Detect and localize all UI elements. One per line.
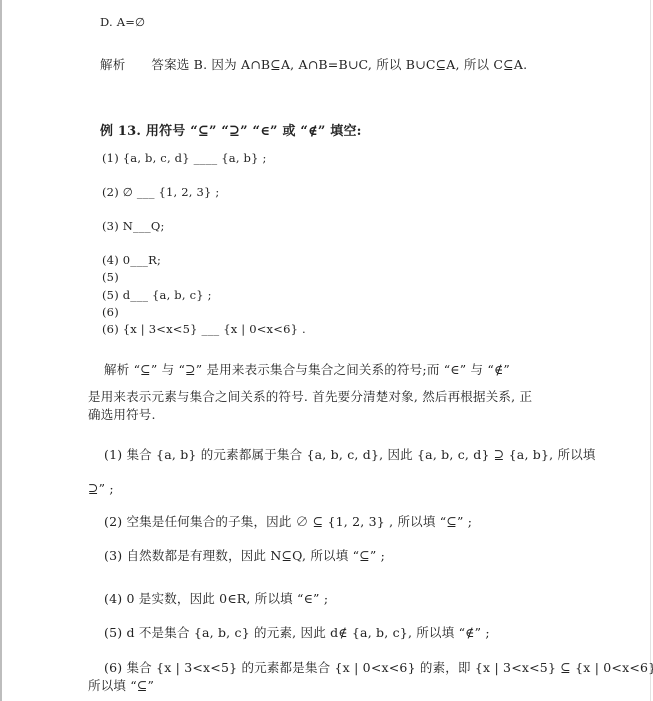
- example-item-6-empty: (6): [102, 304, 119, 320]
- analysis-2-line-3: 确选用符号.: [88, 407, 156, 423]
- example-item-1: (1) {a, b, c, d} ____ {a, b} ;: [102, 150, 267, 166]
- example-item-3: (3) N___Q;: [102, 218, 165, 234]
- solution-1-line-2: ⊇” ;: [88, 481, 114, 497]
- example-item-5: (5) d___ {a, b, c} ;: [102, 287, 212, 303]
- example-item-6: (6) {x | 3<x<5} ___ {x | 0<x<6} .: [102, 321, 306, 337]
- solution-6-line-2: 所以填 “⊆”: [88, 678, 154, 694]
- solution-4: (4) 0 是实数，因此 0∈R, 所以填 “∈” ;: [104, 591, 328, 607]
- solution-1-line-1: (1) 集合 {a, b} 的元素都属于集合 {a, b, c, d}, 因此 …: [104, 447, 596, 463]
- solution-2: (2) 空集是任何集合的子集，因此 ∅ ⊆ {1, 2, 3} , 所以填 “⊆…: [104, 514, 472, 530]
- solution-5: (5) d 不是集合 {a, b, c} 的元素, 因此 d∉ {a, b, c…: [104, 625, 490, 641]
- solution-3: (3) 自然数都是有理数，因此 N⊆Q, 所以填 “⊆” ;: [104, 548, 385, 564]
- example-item-4: (4) 0___R;: [102, 252, 161, 268]
- analysis-2-line-2: 是用来表示元素与集合之间关系的符号. 首先要分清楚对象, 然后再根据关系, 正: [88, 389, 532, 405]
- example-item-5-empty: (5): [102, 269, 119, 285]
- example-13-title: 例 13. 用符号 “⊆” “⊇” “∈” 或 “∉” 填空:: [100, 124, 362, 140]
- document-page: D. A=∅ 解析答案选 B. 因为 A∩B⊆A, A∩B=B∪C, 所以 B∪…: [0, 0, 653, 701]
- analysis-1-label: 解析: [100, 57, 125, 72]
- analysis-1: 解析答案选 B. 因为 A∩B⊆A, A∩B=B∪C, 所以 B∪C⊆A, 所以…: [100, 57, 527, 73]
- analysis-1-text: 答案选 B. 因为 A∩B⊆A, A∩B=B∪C, 所以 B∪C⊆A, 所以 C…: [151, 57, 527, 72]
- example-item-2: (2) ∅ ___ {1, 2, 3} ;: [102, 184, 219, 200]
- analysis-2-line-1: 解析 “⊆” 与 “⊇” 是用来表示集合与集合之间关系的符号;而 “∈” 与 “…: [104, 362, 510, 378]
- option-d: D. A=∅: [100, 14, 145, 30]
- solution-6-line-1: (6) 集合 {x | 3<x<5} 的元素都是集合 {x | 0<x<6} 的…: [104, 660, 653, 676]
